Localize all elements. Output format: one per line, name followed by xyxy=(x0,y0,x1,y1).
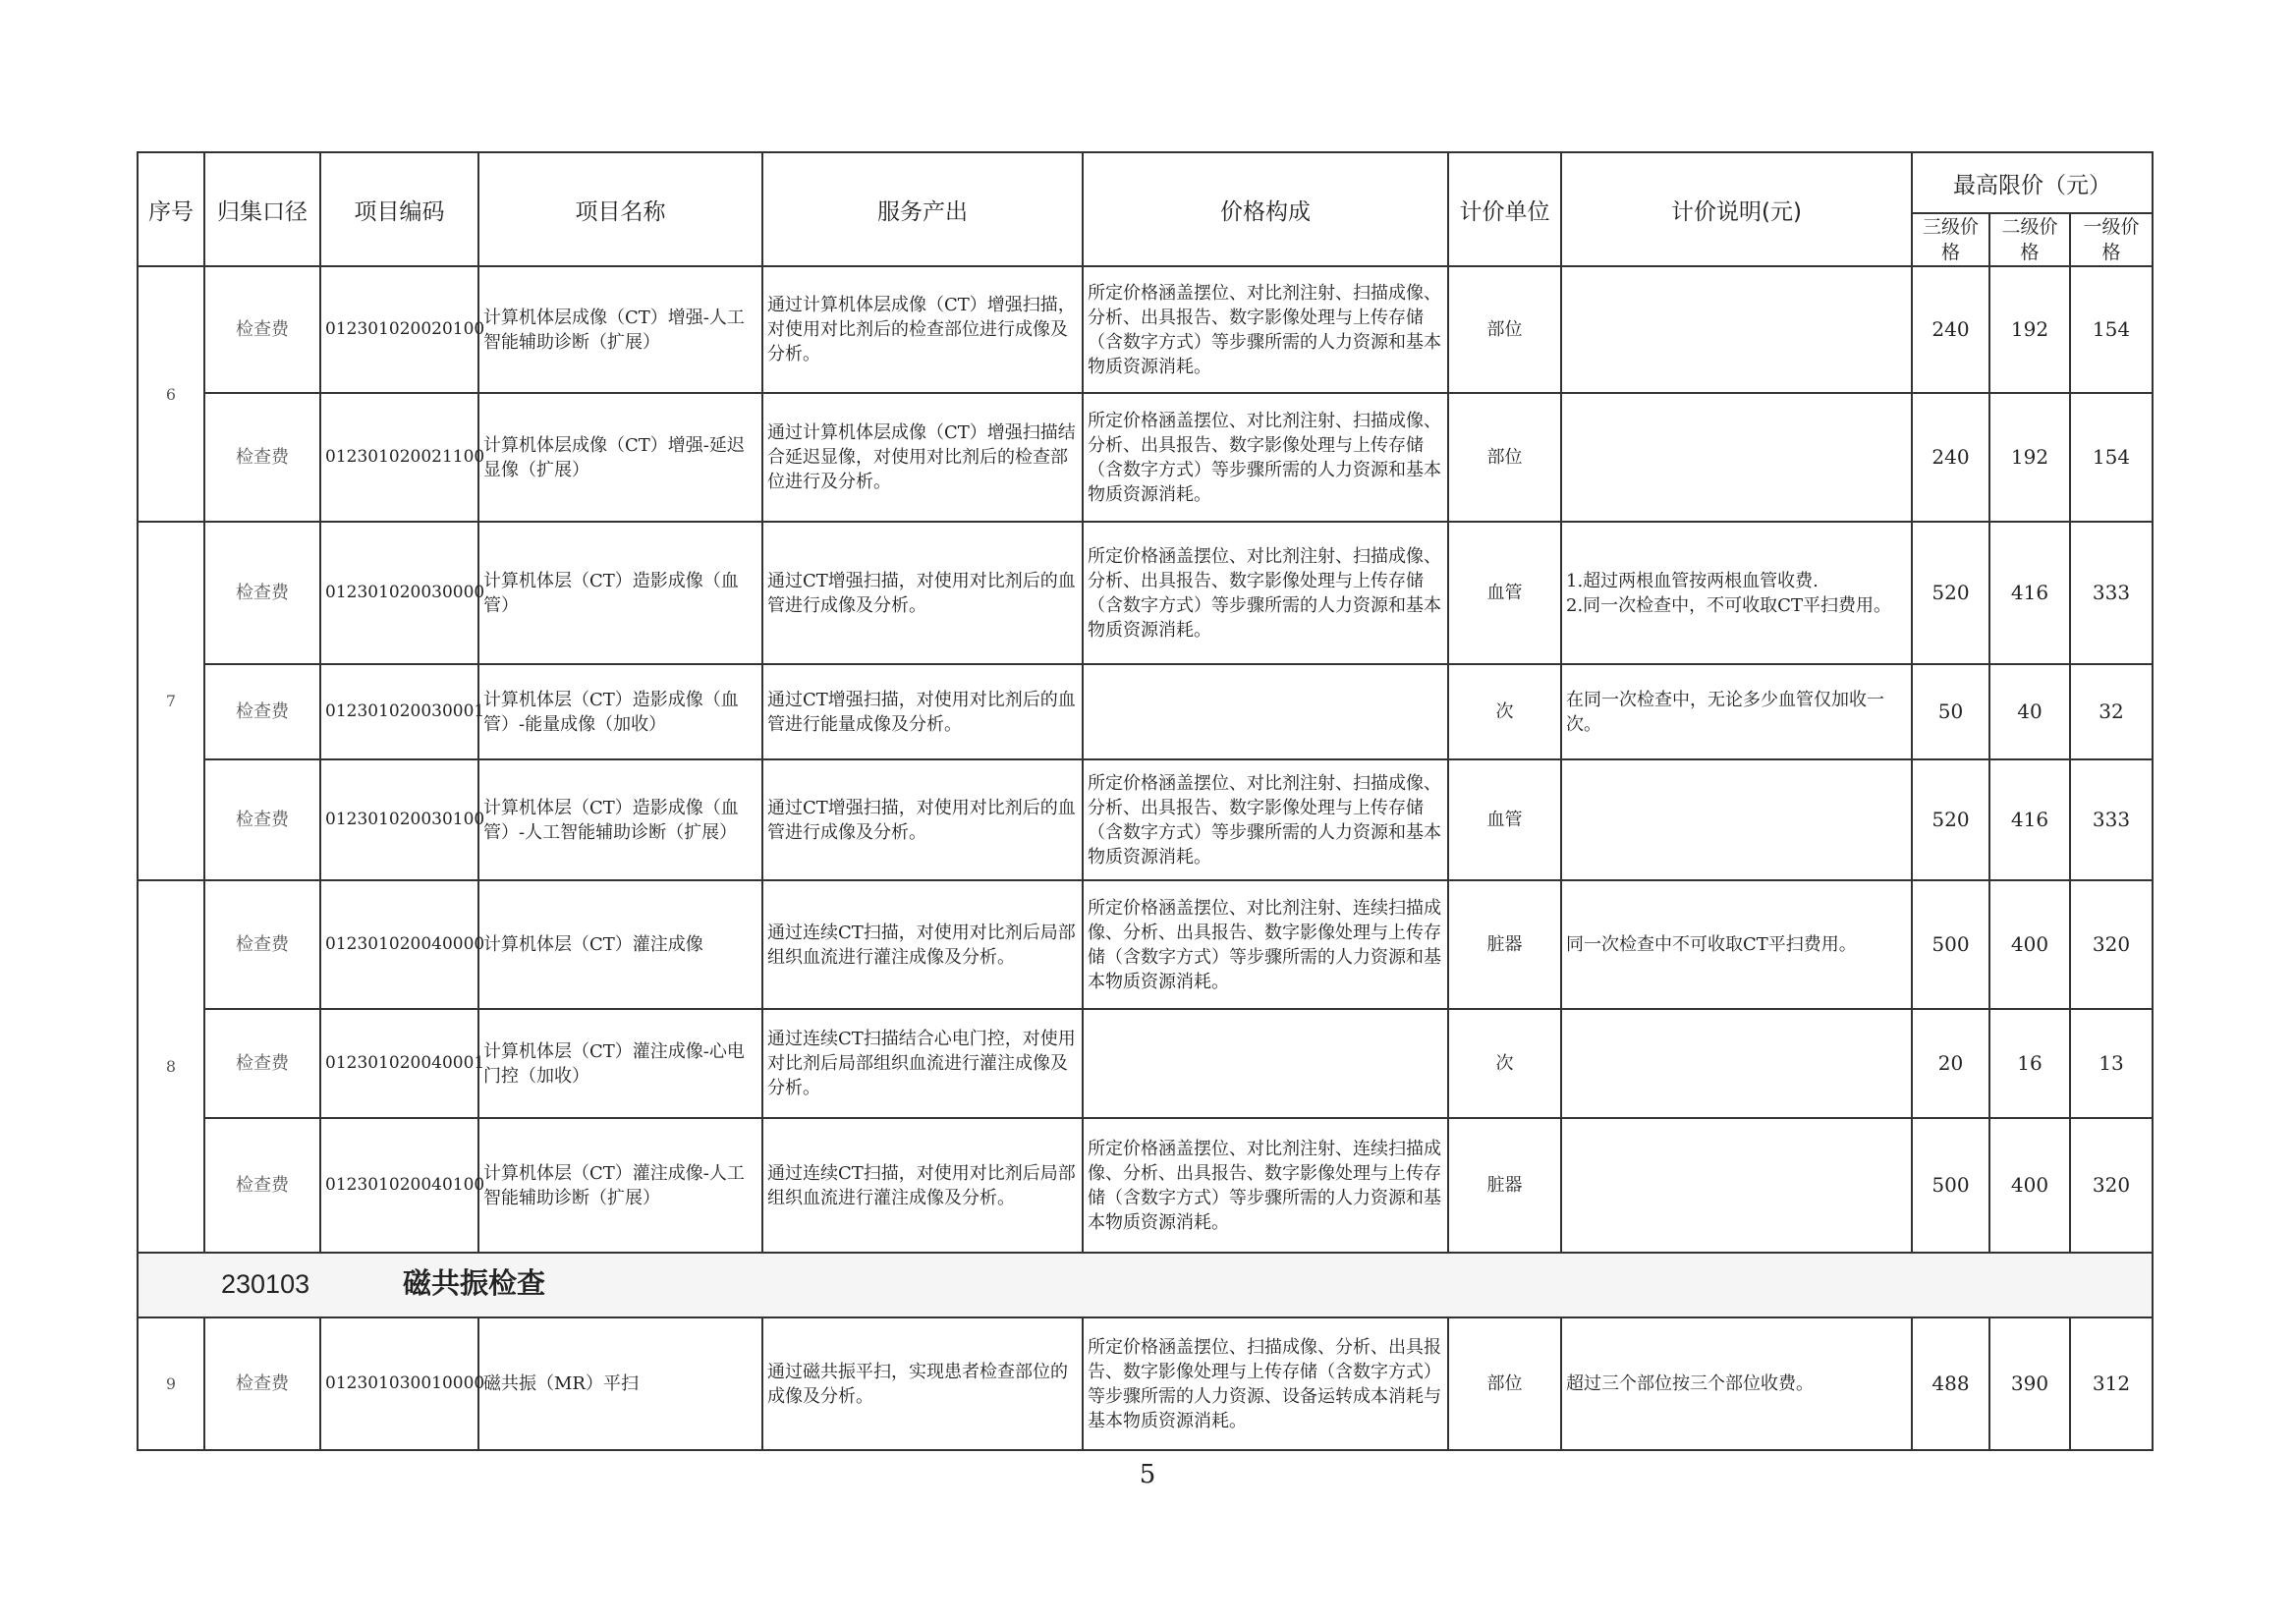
cell-code: 012301030010000 xyxy=(320,1317,478,1450)
section-name: 磁共振检查 xyxy=(403,1266,545,1300)
table-row: 8检查费012301020040000计算机体层（CT）灌注成像通过连续CT扫描… xyxy=(138,880,2153,1009)
header-name: 项目名称 xyxy=(478,152,762,266)
cell-category: 检查费 xyxy=(204,759,320,880)
cell-name: 计算机体层（CT）造影成像（血管）-人工智能辅助诊断（扩展） xyxy=(478,759,762,880)
row-seq: 8 xyxy=(138,880,204,1253)
table-row: 检查费012301020040001计算机体层（CT）灌注成像-心电门控（加收）… xyxy=(138,1009,2153,1118)
header-composition: 价格构成 xyxy=(1083,152,1448,266)
table-body: 6检查费012301020020100计算机体层成像（CT）增强-人工智能辅助诊… xyxy=(138,266,2153,1450)
cell-composition: 所定价格涵盖摆位、扫描成像、分析、出具报告、数字影像处理与上传存储（含数字方式）… xyxy=(1083,1317,1448,1450)
cell-code: 012301020020100 xyxy=(320,266,478,393)
page-number: 5 xyxy=(0,1460,2295,1489)
cell-composition: 所定价格涵盖摆位、对比剂注射、连续扫描成像、分析、出具报告、数字影像处理与上传存… xyxy=(1083,1118,1448,1253)
cell-code: 012301020030000 xyxy=(320,522,478,664)
header-seq: 序号 xyxy=(138,152,204,266)
cell-service: 通过CT增强扫描，对使用对比剂后的血管进行能量成像及分析。 xyxy=(762,664,1083,759)
cell-p2: 16 xyxy=(1989,1009,2070,1118)
cell-note xyxy=(1561,266,1912,393)
cell-category: 检查费 xyxy=(204,266,320,393)
cell-unit: 次 xyxy=(1448,664,1561,759)
cell-p1: 154 xyxy=(2070,393,2153,522)
cell-note: 在同一次检查中，无论多少血管仅加收一次。 xyxy=(1561,664,1912,759)
cell-composition: 所定价格涵盖摆位、对比剂注射、扫描成像、分析、出具报告、数字影像处理与上传存储（… xyxy=(1083,522,1448,664)
cell-service: 通过计算机体层成像（CT）增强扫描结合延迟显像，对使用对比剂后的检查部位进行及分… xyxy=(762,393,1083,522)
cell-service: 通过CT增强扫描，对使用对比剂后的血管进行成像及分析。 xyxy=(762,759,1083,880)
cell-p3: 240 xyxy=(1912,393,1989,522)
cell-p1: 333 xyxy=(2070,522,2153,664)
cell-composition xyxy=(1083,664,1448,759)
cell-composition: 所定价格涵盖摆位、对比剂注射、扫描成像、分析、出具报告、数字影像处理与上传存储（… xyxy=(1083,266,1448,393)
cell-service: 通过CT增强扫描，对使用对比剂后的血管进行成像及分析。 xyxy=(762,522,1083,664)
cell-note xyxy=(1561,1009,1912,1118)
cell-p3: 50 xyxy=(1912,664,1989,759)
cell-composition: 所定价格涵盖摆位、对比剂注射、扫描成像、分析、出具报告、数字影像处理与上传存储（… xyxy=(1083,759,1448,880)
cell-p1: 320 xyxy=(2070,1118,2153,1253)
cell-code: 012301020030100 xyxy=(320,759,478,880)
row-seq: 7 xyxy=(138,522,204,880)
cell-p1: 333 xyxy=(2070,759,2153,880)
cell-unit: 部位 xyxy=(1448,266,1561,393)
cell-p2: 400 xyxy=(1989,1118,2070,1253)
cell-category: 检查费 xyxy=(204,880,320,1009)
cell-p1: 13 xyxy=(2070,1009,2153,1118)
cell-code: 012301020021100 xyxy=(320,393,478,522)
cell-unit: 脏器 xyxy=(1448,1118,1561,1253)
header-unit: 计价单位 xyxy=(1448,152,1561,266)
table-row: 7检查费012301020030000计算机体层（CT）造影成像（血管）通过CT… xyxy=(138,522,2153,664)
cell-p2: 40 xyxy=(1989,664,2070,759)
cell-name: 磁共振（MR）平扫 xyxy=(478,1317,762,1450)
cell-name: 计算机体层（CT）灌注成像-心电门控（加收） xyxy=(478,1009,762,1118)
cell-composition: 所定价格涵盖摆位、对比剂注射、连续扫描成像、分析、出具报告、数字影像处理与上传存… xyxy=(1083,880,1448,1009)
header-category: 归集口径 xyxy=(204,152,320,266)
cell-p2: 400 xyxy=(1989,880,2070,1009)
cell-note: 超过三个部位按三个部位收费。 xyxy=(1561,1317,1912,1450)
header-level3: 三级价格 xyxy=(1912,213,1989,266)
cell-note xyxy=(1561,759,1912,880)
header-code: 项目编码 xyxy=(320,152,478,266)
header-level1: 一级价格 xyxy=(2070,213,2153,266)
cell-service: 通过连续CT扫描，对使用对比剂后局部组织血流进行灌注成像及分析。 xyxy=(762,1118,1083,1253)
cell-unit: 部位 xyxy=(1448,393,1561,522)
cell-p2: 192 xyxy=(1989,393,2070,522)
cell-category: 检查费 xyxy=(204,664,320,759)
cell-composition: 所定价格涵盖摆位、对比剂注射、扫描成像、分析、出具报告、数字影像处理与上传存储（… xyxy=(1083,393,1448,522)
cell-category: 检查费 xyxy=(204,1118,320,1253)
cell-service: 通过磁共振平扫，实现患者检查部位的成像及分析。 xyxy=(762,1317,1083,1450)
table-row: 6检查费012301020020100计算机体层成像（CT）增强-人工智能辅助诊… xyxy=(138,266,2153,393)
header-max-price: 最高限价（元） xyxy=(1912,152,2153,213)
cell-name: 计算机体层成像（CT）增强-延迟显像（扩展） xyxy=(478,393,762,522)
header-level2: 二级价格 xyxy=(1989,213,2070,266)
table-row: 检查费012301020030100计算机体层（CT）造影成像（血管）-人工智能… xyxy=(138,759,2153,880)
section-header: 230103磁共振检查 xyxy=(138,1253,2153,1317)
cell-p1: 312 xyxy=(2070,1317,2153,1450)
cell-category: 检查费 xyxy=(204,1009,320,1118)
cell-note xyxy=(1561,393,1912,522)
section-code: 230103 xyxy=(221,1272,403,1297)
cell-note: 1.超过两根血管按两根血管收费. 2.同一次检查中，不可收取CT平扫费用。 xyxy=(1561,522,1912,664)
cell-seq: 9 xyxy=(138,1317,204,1450)
cell-name: 计算机体层（CT）灌注成像 xyxy=(478,880,762,1009)
cell-p1: 32 xyxy=(2070,664,2153,759)
cell-code: 012301020040001 xyxy=(320,1009,478,1118)
cell-unit: 次 xyxy=(1448,1009,1561,1118)
cell-code: 012301020040100 xyxy=(320,1118,478,1253)
row-seq: 6 xyxy=(138,266,204,522)
cell-service: 通过连续CT扫描，对使用对比剂后局部组织血流进行灌注成像及分析。 xyxy=(762,880,1083,1009)
cell-note xyxy=(1561,1118,1912,1253)
cell-unit: 血管 xyxy=(1448,759,1561,880)
cell-name: 计算机体层（CT）造影成像（血管） xyxy=(478,522,762,664)
cell-name: 计算机体层（CT）造影成像（血管）-能量成像（加收） xyxy=(478,664,762,759)
cell-p2: 416 xyxy=(1989,759,2070,880)
cell-p3: 488 xyxy=(1912,1317,1989,1450)
cell-category: 检查费 xyxy=(204,393,320,522)
price-table: 序号 归集口径 项目编码 项目名称 服务产出 价格构成 计价单位 计价说明(元)… xyxy=(137,151,2154,1451)
cell-unit: 部位 xyxy=(1448,1317,1561,1450)
cell-p2: 390 xyxy=(1989,1317,2070,1450)
cell-p1: 320 xyxy=(2070,880,2153,1009)
cell-category: 检查费 xyxy=(204,522,320,664)
cell-composition xyxy=(1083,1009,1448,1118)
cell-p3: 520 xyxy=(1912,759,1989,880)
table-row: 检查费012301020021100计算机体层成像（CT）增强-延迟显像（扩展）… xyxy=(138,393,2153,522)
cell-service: 通过连续CT扫描结合心电门控，对使用对比剂后局部组织血流进行灌注成像及分析。 xyxy=(762,1009,1083,1118)
cell-category: 检查费 xyxy=(204,1317,320,1450)
cell-unit: 血管 xyxy=(1448,522,1561,664)
cell-code: 012301020030001 xyxy=(320,664,478,759)
cell-p3: 20 xyxy=(1912,1009,1989,1118)
cell-p3: 240 xyxy=(1912,266,1989,393)
cell-p1: 154 xyxy=(2070,266,2153,393)
cell-p3: 520 xyxy=(1912,522,1989,664)
cell-name: 计算机体层（CT）灌注成像-人工智能辅助诊断（扩展） xyxy=(478,1118,762,1253)
cell-code: 012301020040000 xyxy=(320,880,478,1009)
cell-name: 计算机体层成像（CT）增强-人工智能辅助诊断（扩展） xyxy=(478,266,762,393)
table-row: 9检查费012301030010000磁共振（MR）平扫通过磁共振平扫，实现患者… xyxy=(138,1317,2153,1450)
cell-p2: 192 xyxy=(1989,266,2070,393)
cell-p2: 416 xyxy=(1989,522,2070,664)
cell-unit: 脏器 xyxy=(1448,880,1561,1009)
header-note: 计价说明(元) xyxy=(1561,152,1912,266)
header-service: 服务产出 xyxy=(762,152,1083,266)
cell-p3: 500 xyxy=(1912,880,1989,1009)
cell-note: 同一次检查中不可收取CT平扫费用。 xyxy=(1561,880,1912,1009)
cell-p3: 500 xyxy=(1912,1118,1989,1253)
table-row: 检查费012301020040100计算机体层（CT）灌注成像-人工智能辅助诊断… xyxy=(138,1118,2153,1253)
table-row: 检查费012301020030001计算机体层（CT）造影成像（血管）-能量成像… xyxy=(138,664,2153,759)
cell-service: 通过计算机体层成像（CT）增强扫描，对使用对比剂后的检查部位进行成像及分析。 xyxy=(762,266,1083,393)
